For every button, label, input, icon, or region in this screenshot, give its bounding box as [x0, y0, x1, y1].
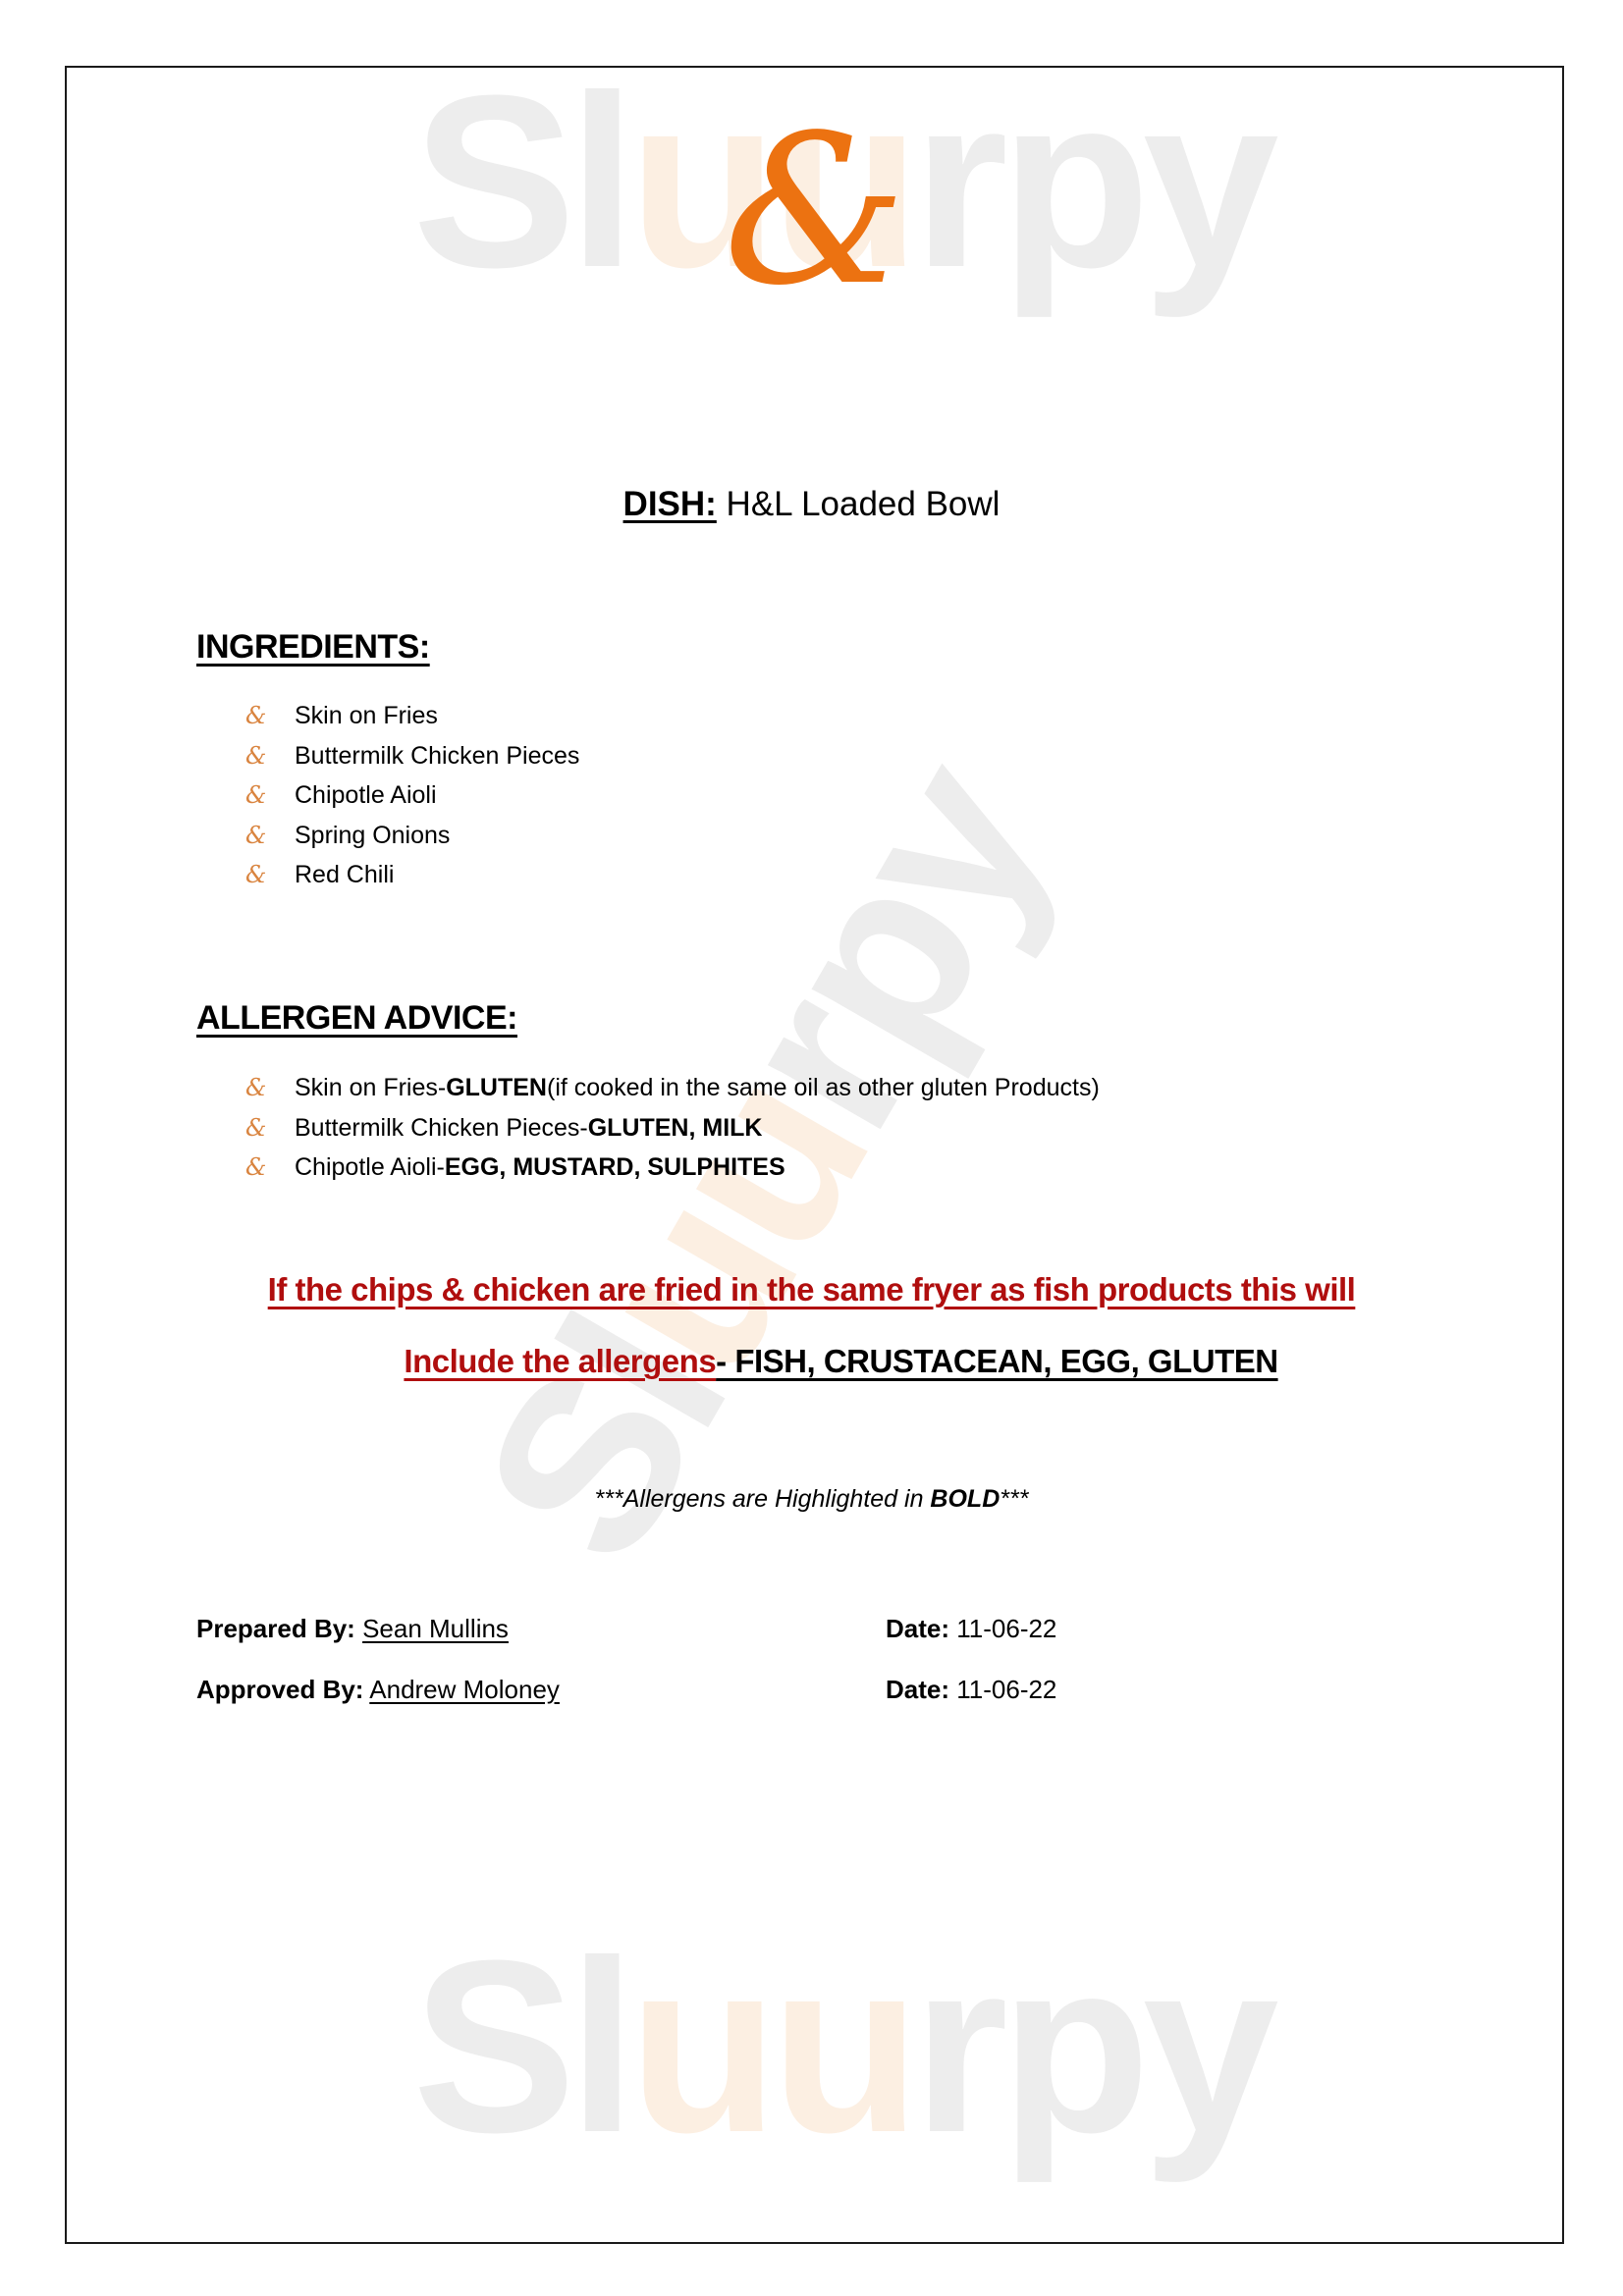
list-item: &Buttermilk Chicken Pieces- GLUTEN, MILK — [245, 1108, 1100, 1148]
prepared-by-name: Sean Mullins — [362, 1614, 509, 1643]
list-item: &Chipotle Aioli — [245, 775, 579, 816]
allergen-bold-note: ***Allergens are Highlighted in BOLD*** — [0, 1485, 1623, 1514]
ingredients-heading: INGREDIENTS: — [196, 628, 430, 667]
allergen-advice-heading: ALLERGEN ADVICE: — [196, 999, 517, 1038]
dish-label: DISH: — [623, 485, 717, 523]
prepared-by: Prepared By: Sean Mullins — [196, 1614, 509, 1644]
list-item: &Spring Onions — [245, 816, 579, 856]
document-page: & DISH: H&L Loaded Bowl INGREDIENTS: &Sk… — [0, 0, 1623, 2296]
ampersand-bullet-icon: & — [245, 1108, 295, 1148]
ampersand-bullet-icon: & — [245, 855, 295, 895]
list-item: &Chipotle Aioli- EGG, MUSTARD, SULPHITES — [245, 1148, 1100, 1188]
approved-date: Date: 11-06-22 — [886, 1675, 1056, 1705]
fryer-warning-line-2: Include the allergens- FISH, CRUSTACEAN,… — [0, 1343, 1623, 1380]
ampersand-bullet-icon: & — [245, 1148, 295, 1188]
approved-by: Approved By: Andrew Moloney — [196, 1675, 560, 1705]
list-item: &Buttermilk Chicken Pieces — [245, 736, 579, 776]
list-item: &Skin on Fries- GLUTEN (if cooked in the… — [245, 1068, 1100, 1108]
dish-name: H&L Loaded Bowl — [717, 485, 1001, 523]
prepared-date: Date: 11-06-22 — [886, 1614, 1056, 1644]
list-item: &Red Chili — [245, 855, 579, 895]
allergen-list: &Skin on Fries- GLUTEN (if cooked in the… — [245, 1068, 1100, 1188]
dish-title: DISH: H&L Loaded Bowl — [0, 485, 1623, 524]
ampersand-bullet-icon: & — [245, 1068, 295, 1108]
allergen-bold: GLUTEN — [446, 1068, 547, 1108]
fryer-warning-line-1: If the chips & chicken are fried in the … — [0, 1271, 1623, 1308]
approved-by-name: Andrew Moloney — [369, 1675, 560, 1704]
ampersand-bullet-icon: & — [245, 736, 295, 776]
ampersand-bullet-icon: & — [245, 816, 295, 856]
ampersand-bullet-icon: & — [245, 775, 295, 816]
ingredients-list: &Skin on Fries &Buttermilk Chicken Piece… — [245, 696, 579, 895]
allergen-bold: GLUTEN, MILK — [588, 1108, 763, 1148]
ampersand-logo-icon: & — [717, 108, 913, 314]
list-item: &Skin on Fries — [245, 696, 579, 736]
ampersand-bullet-icon: & — [245, 696, 295, 736]
allergen-bold: EGG, MUSTARD, SULPHITES — [445, 1148, 785, 1188]
